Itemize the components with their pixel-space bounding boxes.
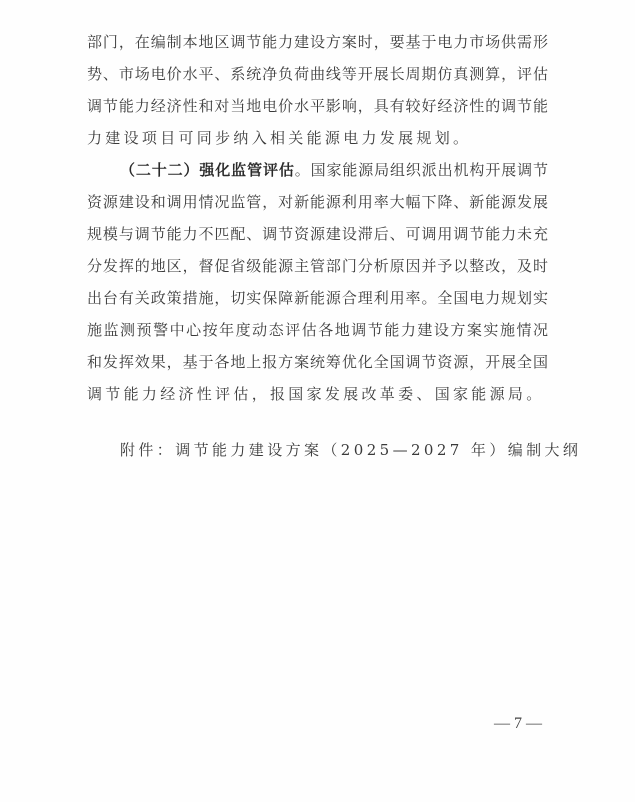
paragraph-line: 部门，在编制本地区调节能力建设方案时，要基于电力市场供需形 [87, 30, 548, 54]
paragraph-line: 资源建设和调用情况监管，对新能源利用率大幅下降、新能源发展 [87, 190, 548, 214]
attachment-line: 附件：调节能力建设方案（2025—2027 年）编制大纲 [120, 438, 520, 462]
document-page: 部门，在编制本地区调节能力建设方案时，要基于电力市场供需形 势、市场电价水平、系… [0, 0, 635, 802]
paragraph-line: 调节能力经济性和对当地电价水平影响，具有较好经济性的调节能 [87, 94, 548, 118]
paragraph-line: 施监测预警中心按年度动态评估各地调节能力建设方案实施情况 [87, 318, 548, 342]
paragraph-line: 分发挥的地区，督促省级能源主管部门分析原因并予以整改，及时 [87, 254, 548, 278]
paragraph-line: 力建设项目可同步纳入相关能源电力发展规划。 [87, 126, 548, 150]
paragraph-line: 调节能力经济性评估，报国家发展改革委、国家能源局。 [87, 382, 548, 406]
paragraph-line: 规模与调节能力不匹配、调节资源建设滞后、可调用调节能力未充 [87, 222, 548, 246]
section-22-first-line: （二十二）强化监管评估。国家能源局组织派出机构开展调节 [120, 158, 548, 182]
paragraph-line: 和发挥效果，基于各地上报方案统筹优化全国调节资源，开展全国 [87, 350, 548, 374]
paragraph-line: 出台有关政策措施，切实保障新能源合理利用率。全国电力规划实 [87, 286, 548, 310]
section-text: 。国家能源局组织派出机构开展调节 [295, 161, 548, 179]
page-number: — 7 — [488, 715, 548, 733]
paragraph-line: 势、市场电价水平、系统净负荷曲线等开展长周期仿真测算，评估 [87, 62, 548, 86]
section-heading: （二十二）强化监管评估 [120, 161, 295, 179]
